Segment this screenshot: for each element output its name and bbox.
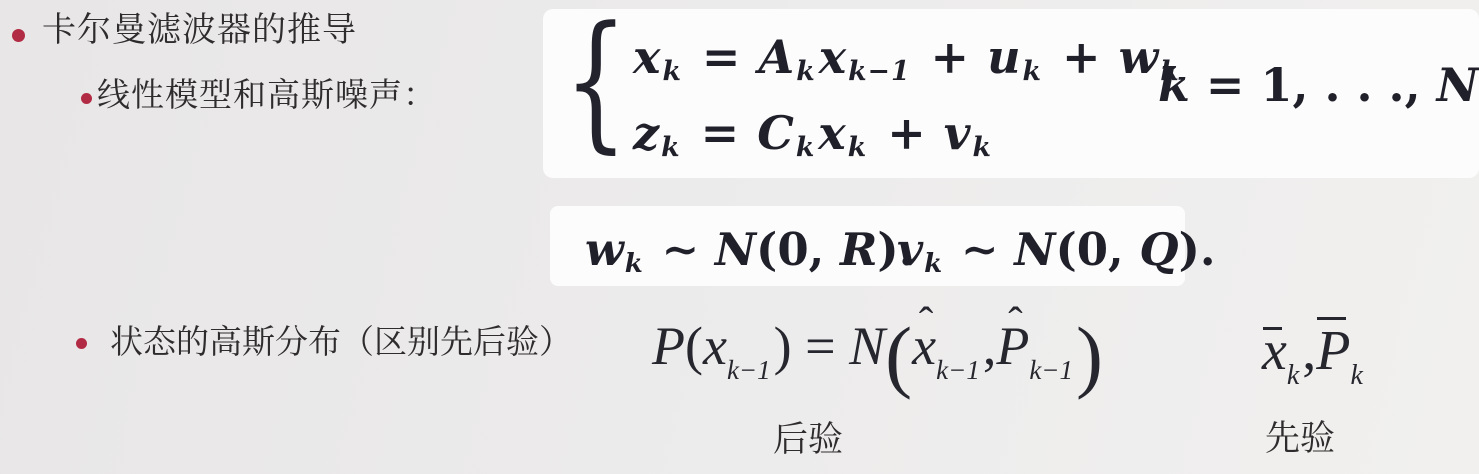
prior-label: 先验 <box>1265 418 1335 460</box>
slide-title: 卡尔曼滤波器的推导 <box>42 10 357 51</box>
left-curly-brace: { <box>564 7 628 155</box>
observation-equation: zk = Ckxk + vk <box>633 106 995 161</box>
prior-symbols: xk,Pk <box>1262 318 1366 385</box>
state-transition-equation: xk = Akxk−1 + uk + wk <box>633 30 1183 85</box>
bullet-level2-icon <box>76 338 87 349</box>
bullet-level1-icon <box>12 29 25 42</box>
posterior-distribution-formula: P(xk−1) = N(xk−1,Pk−1) <box>652 314 1103 379</box>
slide-canvas: 卡尔曼滤波器的推导 线性模型和高斯噪声： { xk = Akxk−1 + uk … <box>0 0 1479 474</box>
posterior-label: 后验 <box>773 419 843 461</box>
time-index-range: k = 1, . . ., N. <box>1158 58 1479 113</box>
process-noise-distribution: wk ∼ N(0, R). <box>585 223 914 277</box>
measurement-noise-distribution: vk ∼ N(0, Q). <box>897 223 1216 277</box>
subbullet-gaussian-state-label: 状态的高斯分布（区别先后验） <box>110 322 572 362</box>
subbullet-linear-model-label: 线性模型和高斯噪声： <box>97 75 437 115</box>
bullet-level2-icon <box>81 93 92 104</box>
